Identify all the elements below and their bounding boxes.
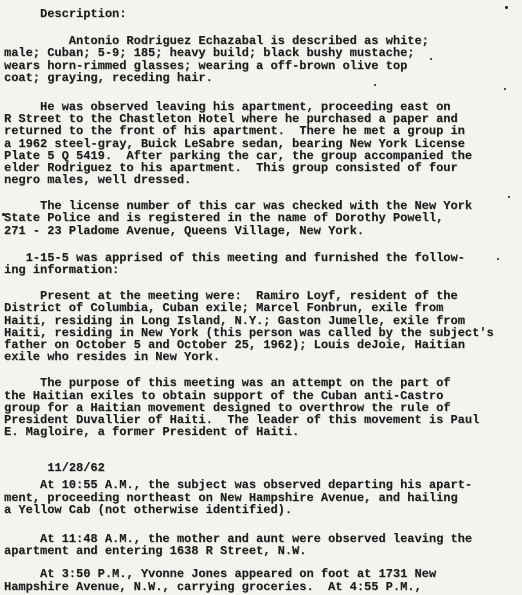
paragraph-observation-apartment: He was observed leaving his apartment, p… bbox=[4, 101, 522, 186]
document-line: 271 - 23 Pladome Avenue, Queens Village,… bbox=[4, 225, 522, 237]
text-segment: , a former President of Haiti. bbox=[83, 426, 299, 438]
document-line: At 3:50 P.M., Yvonne Jones appeared on f… bbox=[4, 568, 522, 580]
paragraph-meeting-attendees: Present at the meeting were: Ramiro Loyf… bbox=[4, 290, 522, 363]
document-line: returned to the front of his apartment. … bbox=[4, 125, 522, 137]
document-line: Haiti, residing in Long Island, N.Y.; Ga… bbox=[4, 315, 522, 327]
document-line: 11/28/62 bbox=[4, 462, 522, 474]
underlined-name-magloire: E. Magloire bbox=[4, 426, 83, 438]
document-line: At 10:55 A.M., the subject was observed … bbox=[4, 479, 522, 491]
underlined-name-marcel-fonbrun: Marcel Fonbrun bbox=[256, 302, 357, 314]
text-segment: He was observed leaving his apartment, p… bbox=[4, 101, 450, 113]
text-segment: Haiti, residing in New York (this person… bbox=[4, 327, 494, 339]
text-segment: Present at the meeting were: Ramiro bbox=[4, 290, 306, 302]
text-segment: 271 - 23 Pladome Avenue, Queens Village,… bbox=[4, 225, 328, 237]
text-segment: 1-15-5 was apprised of this meeting and … bbox=[4, 252, 465, 264]
document-line: At 11:48 A.M., the mother and aunt were … bbox=[4, 533, 522, 545]
text-segment: State Police and is registered in the na… bbox=[4, 212, 335, 224]
text-segment: York bbox=[328, 225, 357, 237]
scan-artifact bbox=[504, 88, 506, 90]
text-segment: . bbox=[357, 225, 364, 237]
text-segment: ing information: bbox=[4, 264, 119, 276]
text-segment: The purpose of this meeting was an attem… bbox=[4, 377, 450, 389]
text-segment: , exile from bbox=[357, 302, 443, 314]
underlined-name-loyf: Loyf bbox=[306, 290, 335, 302]
text-segment: ment, proceeding northeast on New Hampsh… bbox=[4, 492, 458, 504]
scan-artifact bbox=[497, 258, 499, 260]
document-line: Present at the meeting were: Ramiro Loyf… bbox=[4, 290, 522, 302]
scan-artifact bbox=[430, 58, 432, 60]
text-segment: The license number of this car was check… bbox=[4, 200, 472, 212]
document-line: father on October 5 and October 25, 1962… bbox=[4, 339, 522, 351]
document-line: wears horn-rimmed glasses; wearing a off… bbox=[4, 60, 522, 72]
text-segment: , bbox=[436, 212, 443, 224]
document-line: President Duvallier of Haiti. The leader… bbox=[4, 414, 522, 426]
section-heading-date: 11/28/62 bbox=[4, 462, 522, 474]
paragraph-350-yvonne-jones: At 3:50 P.M., Yvonne Jones appeared on f… bbox=[4, 568, 522, 592]
scan-artifact bbox=[2, 213, 5, 216]
scanned-document-page: Description: Antonio Rodriguez Echazabal… bbox=[0, 0, 522, 595]
section-heading-description: Description: bbox=[4, 8, 522, 20]
document-line: R Street to the Chastleton Hotel where h… bbox=[4, 113, 522, 125]
document-body: Description: Antonio Rodriguez Echazabal… bbox=[4, 8, 522, 593]
text-segment: coat; graying, receding hair. bbox=[4, 72, 213, 84]
paragraph-meeting-purpose: The purpose of this meeting was an attem… bbox=[4, 377, 522, 438]
document-line: 1-15-5 was apprised of this meeting and … bbox=[4, 252, 522, 264]
document-line: elder Rodriguez to his apartment. This g… bbox=[4, 162, 522, 174]
underlined-name-dorothy-powell: Dorothy Powell bbox=[335, 212, 436, 224]
document-line: He was observed leaving his apartment, p… bbox=[4, 101, 522, 113]
paragraph-description-details: Antonio Rodriguez Echazabal is described… bbox=[4, 35, 522, 84]
document-line: coat; graying, receding hair. bbox=[4, 72, 522, 84]
scan-artifact bbox=[374, 84, 376, 86]
paragraph-1148-mother-aunt: At 11:48 A.M., the mother and aunt were … bbox=[4, 533, 522, 557]
text-segment: wears horn-rimmed glasses; wearing a off… bbox=[4, 60, 407, 72]
document-line: a Yellow Cab (not otherwise identified). bbox=[4, 504, 522, 516]
text-segment: the Haitian exiles to obtain support of … bbox=[4, 390, 443, 402]
document-line: Plate 5 Q 5419. After parking the car, t… bbox=[4, 150, 522, 162]
text-segment: Haiti, residing in Long Island, N.Y.; bbox=[4, 315, 278, 327]
text-segment: a 1962 steel-gray, Buick LeSabre sedan, … bbox=[4, 138, 465, 150]
text-segment: father on October 5 and October 25, 1962… bbox=[4, 339, 314, 351]
document-line: The purpose of this meeting was an attem… bbox=[4, 377, 522, 389]
text-segment: District of Columbia, Cuban exile; bbox=[4, 302, 256, 314]
document-line: the Haitian exiles to obtain support of … bbox=[4, 390, 522, 402]
text-segment: At 10:55 A.M., the subject was observed … bbox=[4, 479, 472, 491]
text-segment: elder Rodriguez to his apartment. This g… bbox=[4, 162, 458, 174]
text-segment: a Yellow Cab (not otherwise identified). bbox=[4, 504, 292, 516]
document-line: ing information: bbox=[4, 264, 522, 276]
text-segment: At 11:48 A.M., the mother and aunt were … bbox=[4, 533, 472, 545]
document-line: negro males, well dressed. bbox=[4, 174, 522, 186]
text-segment: , Haitian bbox=[400, 339, 465, 351]
text-segment: negro males, well dressed. bbox=[4, 174, 191, 186]
text-segment: At 3:50 P.M., Yvonne Jones appeared on f… bbox=[4, 568, 436, 580]
text-segment: Plate 5 Q 5419. After parking the car, t… bbox=[4, 150, 472, 162]
document-line: apartment and entering 1638 R Street, N.… bbox=[4, 545, 522, 557]
document-line: E. Magloire, a former President of Haiti… bbox=[4, 426, 522, 438]
document-line: Description: bbox=[4, 8, 522, 20]
document-line: Haiti, residing in New York (this person… bbox=[4, 327, 522, 339]
text-segment: , exile from bbox=[378, 315, 464, 327]
scan-artifact bbox=[505, 6, 508, 9]
document-line: ment, proceeding northeast on New Hampsh… bbox=[4, 492, 522, 504]
document-line: a 1962 steel-gray, Buick LeSabre sedan, … bbox=[4, 138, 522, 150]
text-segment: President Duvallier of Haiti. The leader… bbox=[4, 414, 450, 426]
text-segment bbox=[4, 462, 47, 474]
document-line: group for a Haitian movement designed to… bbox=[4, 402, 522, 414]
document-line: Antonio Rodriguez Echazabal is described… bbox=[4, 35, 522, 47]
document-line: male; Cuban; 5-9; 185; heavy build; blac… bbox=[4, 47, 522, 59]
text-segment: male; Cuban; 5-9; 185; heavy build; blac… bbox=[4, 47, 414, 59]
paragraph-source-apprised: 1-15-5 was apprised of this meeting and … bbox=[4, 252, 522, 276]
document-line: exile who resides in New York. bbox=[4, 351, 522, 363]
scan-artifact bbox=[508, 196, 510, 198]
document-line: District of Columbia, Cuban exile; Marce… bbox=[4, 302, 522, 314]
document-line: Hampshire Avenue, N.W., carrying groceri… bbox=[4, 581, 522, 593]
document-line: State Police and is registered in the na… bbox=[4, 212, 522, 224]
underlined-name-paul: Paul bbox=[450, 414, 479, 426]
underlined-name-gaston-jumelle: Gaston Jumelle bbox=[278, 315, 379, 327]
text-segment: Antonio Rodriguez Echazabal is described… bbox=[4, 35, 429, 47]
paragraph-license-check: The license number of this car was check… bbox=[4, 200, 522, 237]
text-segment: Hampshire Avenue, N.W., carrying groceri… bbox=[4, 581, 422, 593]
text-segment: returned to the front of his apartment. … bbox=[4, 125, 465, 137]
text-segment: exile who resides in New York. bbox=[4, 351, 220, 363]
underlined-name-louis-dejoie: Louis deJoie bbox=[314, 339, 400, 351]
document-line: The license number of this car was check… bbox=[4, 200, 522, 212]
text-segment: R Street to the Chastleton Hotel where h… bbox=[4, 113, 458, 125]
paragraph-1055-departure: At 10:55 A.M., the subject was observed … bbox=[4, 479, 522, 516]
heading-description: Description: bbox=[40, 8, 126, 20]
heading-date-11-28-62: 11/28/62 bbox=[47, 462, 105, 474]
text-segment: , resident of the bbox=[335, 290, 457, 302]
text-segment bbox=[4, 8, 40, 20]
text-segment: apartment and entering 1638 R Street, N.… bbox=[4, 545, 306, 557]
text-segment: group for a Haitian movement designed to… bbox=[4, 402, 450, 414]
